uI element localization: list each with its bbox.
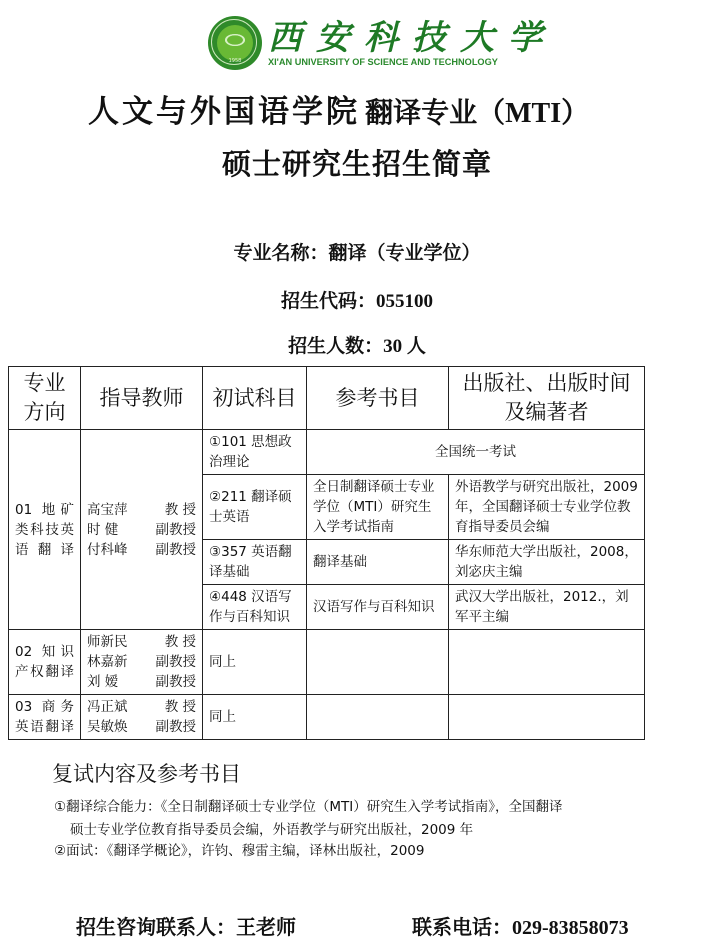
table-row: 02 知识产权翻译 师新民教 授 林嘉新副教授 刘 嫒副教授 同上 <box>9 630 645 695</box>
teachers-cell: 冯正斌教 授 吴敏焕副教授 <box>81 695 203 740</box>
teachers-cell: 师新民教 授 林嘉新副教授 刘 嫒副教授 <box>81 630 203 695</box>
teachers-cell: 高宝萍教 授 时 健副教授 付科峰副教授 <box>81 430 203 630</box>
program-table: 专业方向 指导教师 初试科目 参考书目 出版社、出版时间及编著者 01 地矿类科… <box>8 366 645 740</box>
reference-book-cell: 全日制翻译硕士专业学位（MTI）研究生入学考试指南 <box>307 475 449 540</box>
reference-book-cell <box>307 695 449 740</box>
exam-subject-cell: 同上 <box>203 630 307 695</box>
table-row: 01 地矿类科技英语翻译 高宝萍教 授 时 健副教授 付科峰副教授 ①101 思… <box>9 430 645 475</box>
university-logo: 1958 西安科技大学 XI'AN UNIVERSITY OF SCIENCE … <box>208 16 556 70</box>
table-header-row: 专业方向 指导教师 初试科目 参考书目 出版社、出版时间及编著者 <box>9 367 645 430</box>
contact-person: 招生咨询联系人：王老师 <box>76 911 296 940</box>
reference-book-cell: 汉语写作与百科知识 <box>307 585 449 630</box>
enrollment-code: 招生代码：055100 <box>0 286 714 313</box>
publisher-cell: 华东师范大学出版社，2008，刘宓庆主编 <box>449 540 645 585</box>
exam-subject-cell: ④448 汉语写作与百科知识 <box>203 585 307 630</box>
header-reference-books: 参考书目 <box>307 367 449 430</box>
page-title: 人文与外国语学院 翻译专业（MTI） <box>88 86 628 131</box>
publisher-cell <box>449 630 645 695</box>
reference-cell: 全国统一考试 <box>307 430 645 475</box>
reference-book-cell: 翻译基础 <box>307 540 449 585</box>
retest-item: ②面试：《翻译学概论》，许钧、穆雷主编，译林出版社，2009 <box>54 839 424 859</box>
university-name-cn: 西安科技大学 <box>268 19 556 57</box>
major-name: 专业名称：翻译（专业学位） <box>0 238 714 265</box>
retest-section-title: 复试内容及参考书目 <box>52 758 241 788</box>
program-name: 翻译专业（MTI） <box>365 98 589 129</box>
college-name: 人文与外国语学院 <box>88 94 360 130</box>
table-row: 03 商务英语翻译 冯正斌教 授 吴敏焕副教授 同上 <box>9 695 645 740</box>
university-name-en: XI'AN UNIVERSITY OF SCIENCE AND TECHNOLO… <box>268 57 556 67</box>
header-publisher: 出版社、出版时间及编著者 <box>449 367 645 430</box>
exam-subject-cell: ③357 英语翻译基础 <box>203 540 307 585</box>
header-exam-subjects: 初试科目 <box>203 367 307 430</box>
exam-subject-cell: ②211 翻译硕士英语 <box>203 475 307 540</box>
publisher-cell <box>449 695 645 740</box>
direction-cell: 02 知识产权翻译 <box>9 630 81 695</box>
reference-book-cell <box>307 630 449 695</box>
university-seal-icon: 1958 <box>208 16 262 70</box>
header-direction: 专业方向 <box>9 367 81 430</box>
publisher-cell: 武汉大学出版社，2012.，刘军平主编 <box>449 585 645 630</box>
retest-item-continued: 硕士专业学位教育指导委员会编，外语教学与研究出版社，2009 年 <box>70 818 473 838</box>
page-subtitle: 硕士研究生招生简章 <box>0 142 714 183</box>
seal-year: 1958 <box>208 58 262 64</box>
publisher-cell: 外语教学与研究出版社，2009 年，全国翻译硕士专业学位教育指导委员会编 <box>449 475 645 540</box>
direction-cell: 01 地矿类科技英语翻译 <box>9 430 81 630</box>
retest-item: ①翻译综合能力：《全日制翻译硕士专业学位（MTI）研究生入学考试指南》，全国翻译 <box>54 795 562 815</box>
exam-subject-cell: 同上 <box>203 695 307 740</box>
header-teachers: 指导教师 <box>81 367 203 430</box>
enrollment-quota: 招生人数：30 人 <box>0 331 714 358</box>
direction-cell: 03 商务英语翻译 <box>9 695 81 740</box>
exam-subject-cell: ①101 思想政治理论 <box>203 430 307 475</box>
contact-phone: 联系电话：029-83858073 <box>412 911 629 940</box>
